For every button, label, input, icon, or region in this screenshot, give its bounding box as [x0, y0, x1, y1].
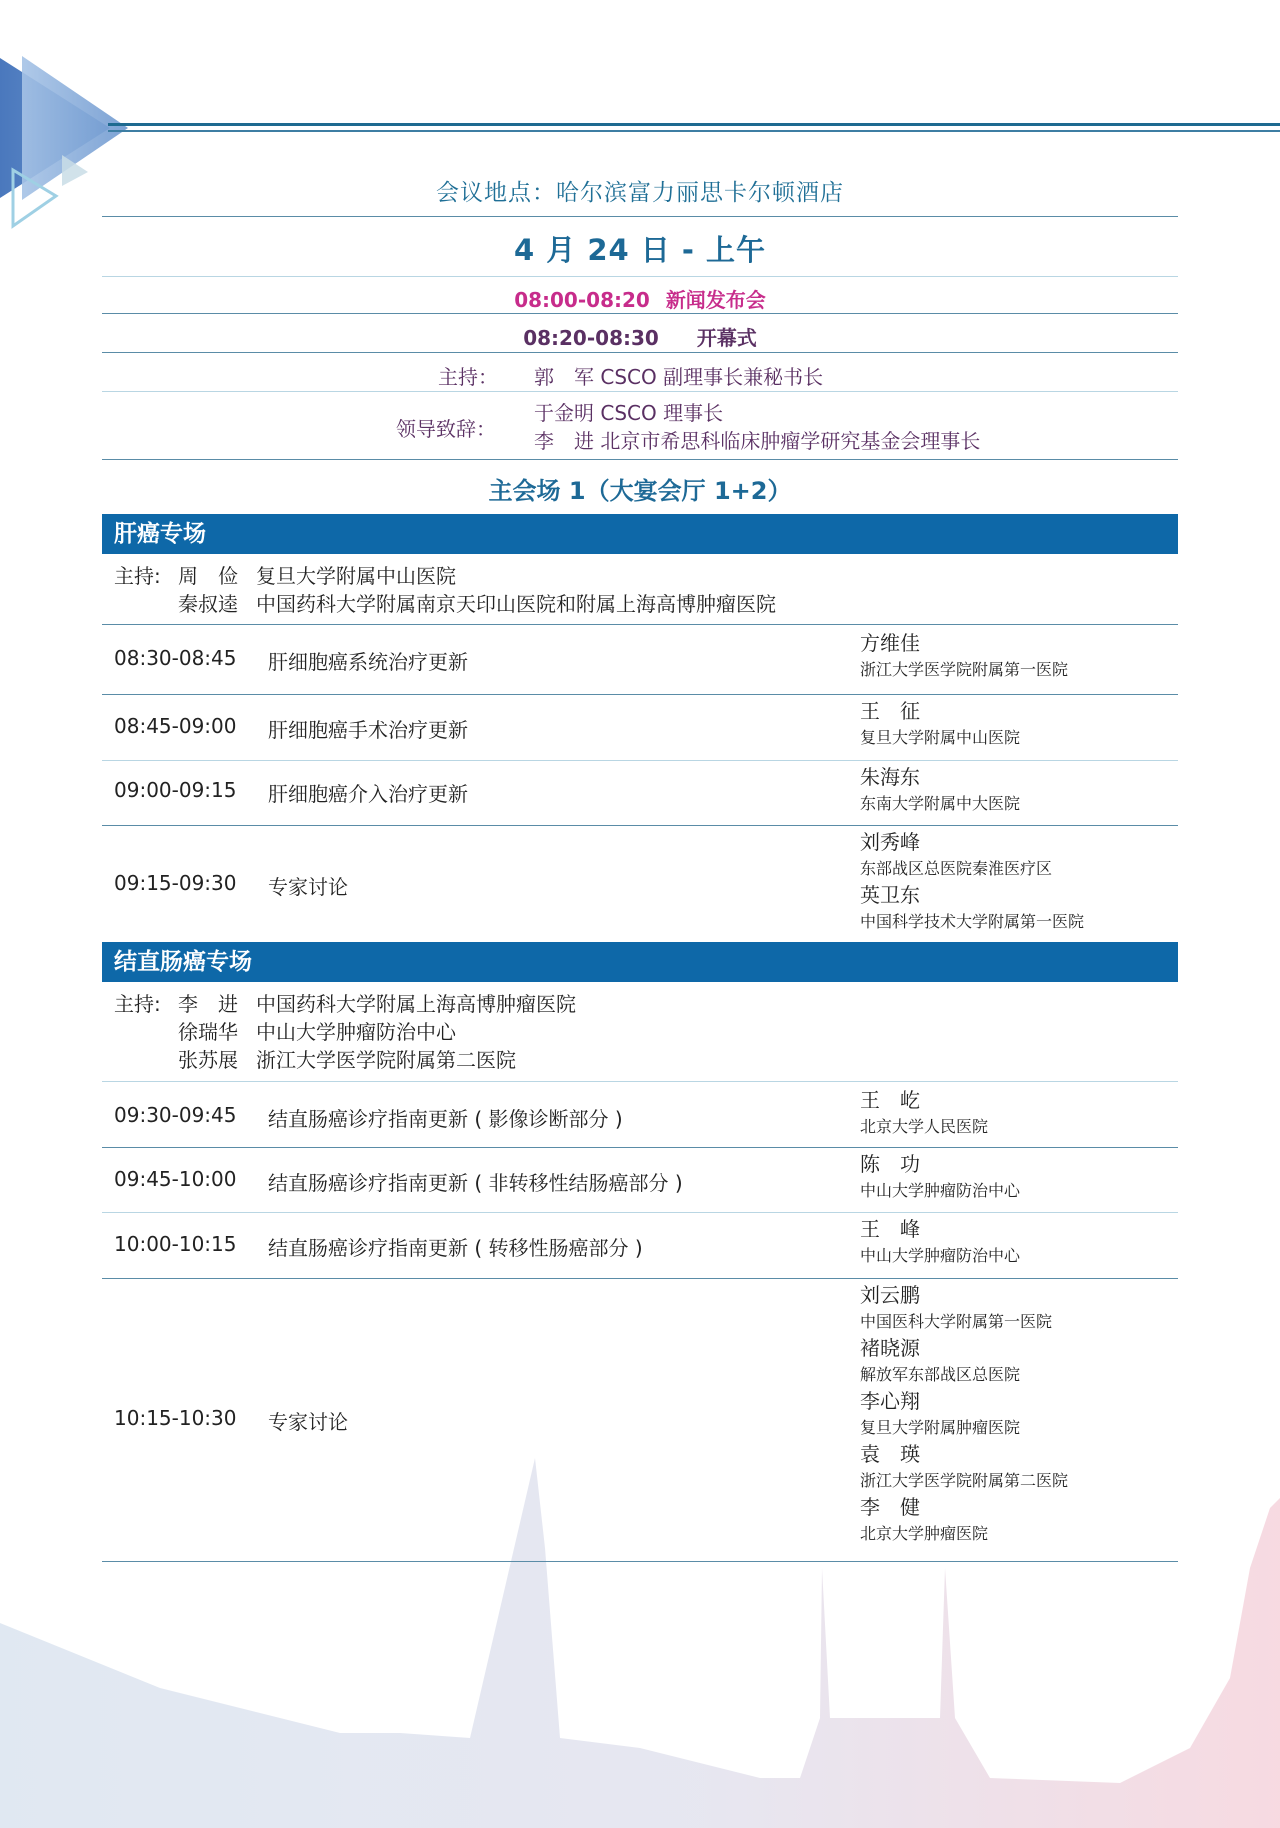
session-chairs: 主持:李 进中国药科大学附属上海高博肿瘤医院 徐瑞华中山大学肿瘤防治中心 张苏展…	[114, 990, 576, 1074]
opening-ceremony-row: 08:20-08:30开幕式	[102, 322, 1178, 351]
divider	[102, 1561, 1178, 1562]
session-chairs: 主持:周 俭复旦大学附属中山医院 秦叔逵中国药科大学附属南京天印山医院和附属上海…	[114, 562, 776, 618]
opening-title: 开幕式	[697, 326, 757, 350]
divider	[102, 352, 1178, 353]
session-header-liver: 肝癌专场	[102, 514, 1178, 554]
leader-line: 于金明 CSCO 理事长	[534, 399, 980, 427]
venue-text: 会议地点：哈尔滨富力丽思卡尔顿酒店	[102, 174, 1178, 207]
opening-time: 08:20-08:30	[523, 326, 659, 350]
press-title: 新闻发布会	[666, 288, 766, 312]
divider	[102, 1278, 1178, 1279]
press-conference-row: 08:00-08:20新闻发布会	[102, 284, 1178, 313]
host-value: 郭 军 CSCO 副理事长兼秘书长	[534, 361, 823, 390]
divider	[102, 624, 1178, 625]
divider	[102, 760, 1178, 761]
divider	[102, 1212, 1178, 1213]
divider	[102, 276, 1178, 277]
divider	[102, 1147, 1178, 1148]
divider	[102, 459, 1178, 460]
date-heading: 4 月 24 日 - 上午	[102, 228, 1178, 269]
divider	[102, 1081, 1178, 1082]
divider	[102, 694, 1178, 695]
divider	[102, 313, 1178, 314]
city-skyline-decoration	[0, 1448, 1280, 1828]
hall-heading: 主会场 1（大宴会厅 1+2）	[102, 471, 1178, 506]
header-double-rule	[108, 123, 1280, 132]
divider	[102, 216, 1178, 217]
divider	[102, 391, 1178, 392]
leader-label: 领导致辞：	[396, 413, 496, 442]
press-time: 08:00-08:20	[514, 288, 650, 312]
session-header-colorectal: 结直肠癌专场	[102, 942, 1178, 982]
leader-line: 李 进 北京市希思科临床肿瘤学研究基金会理事长	[534, 427, 980, 455]
divider	[102, 825, 1178, 826]
host-label: 主持：	[438, 361, 498, 390]
